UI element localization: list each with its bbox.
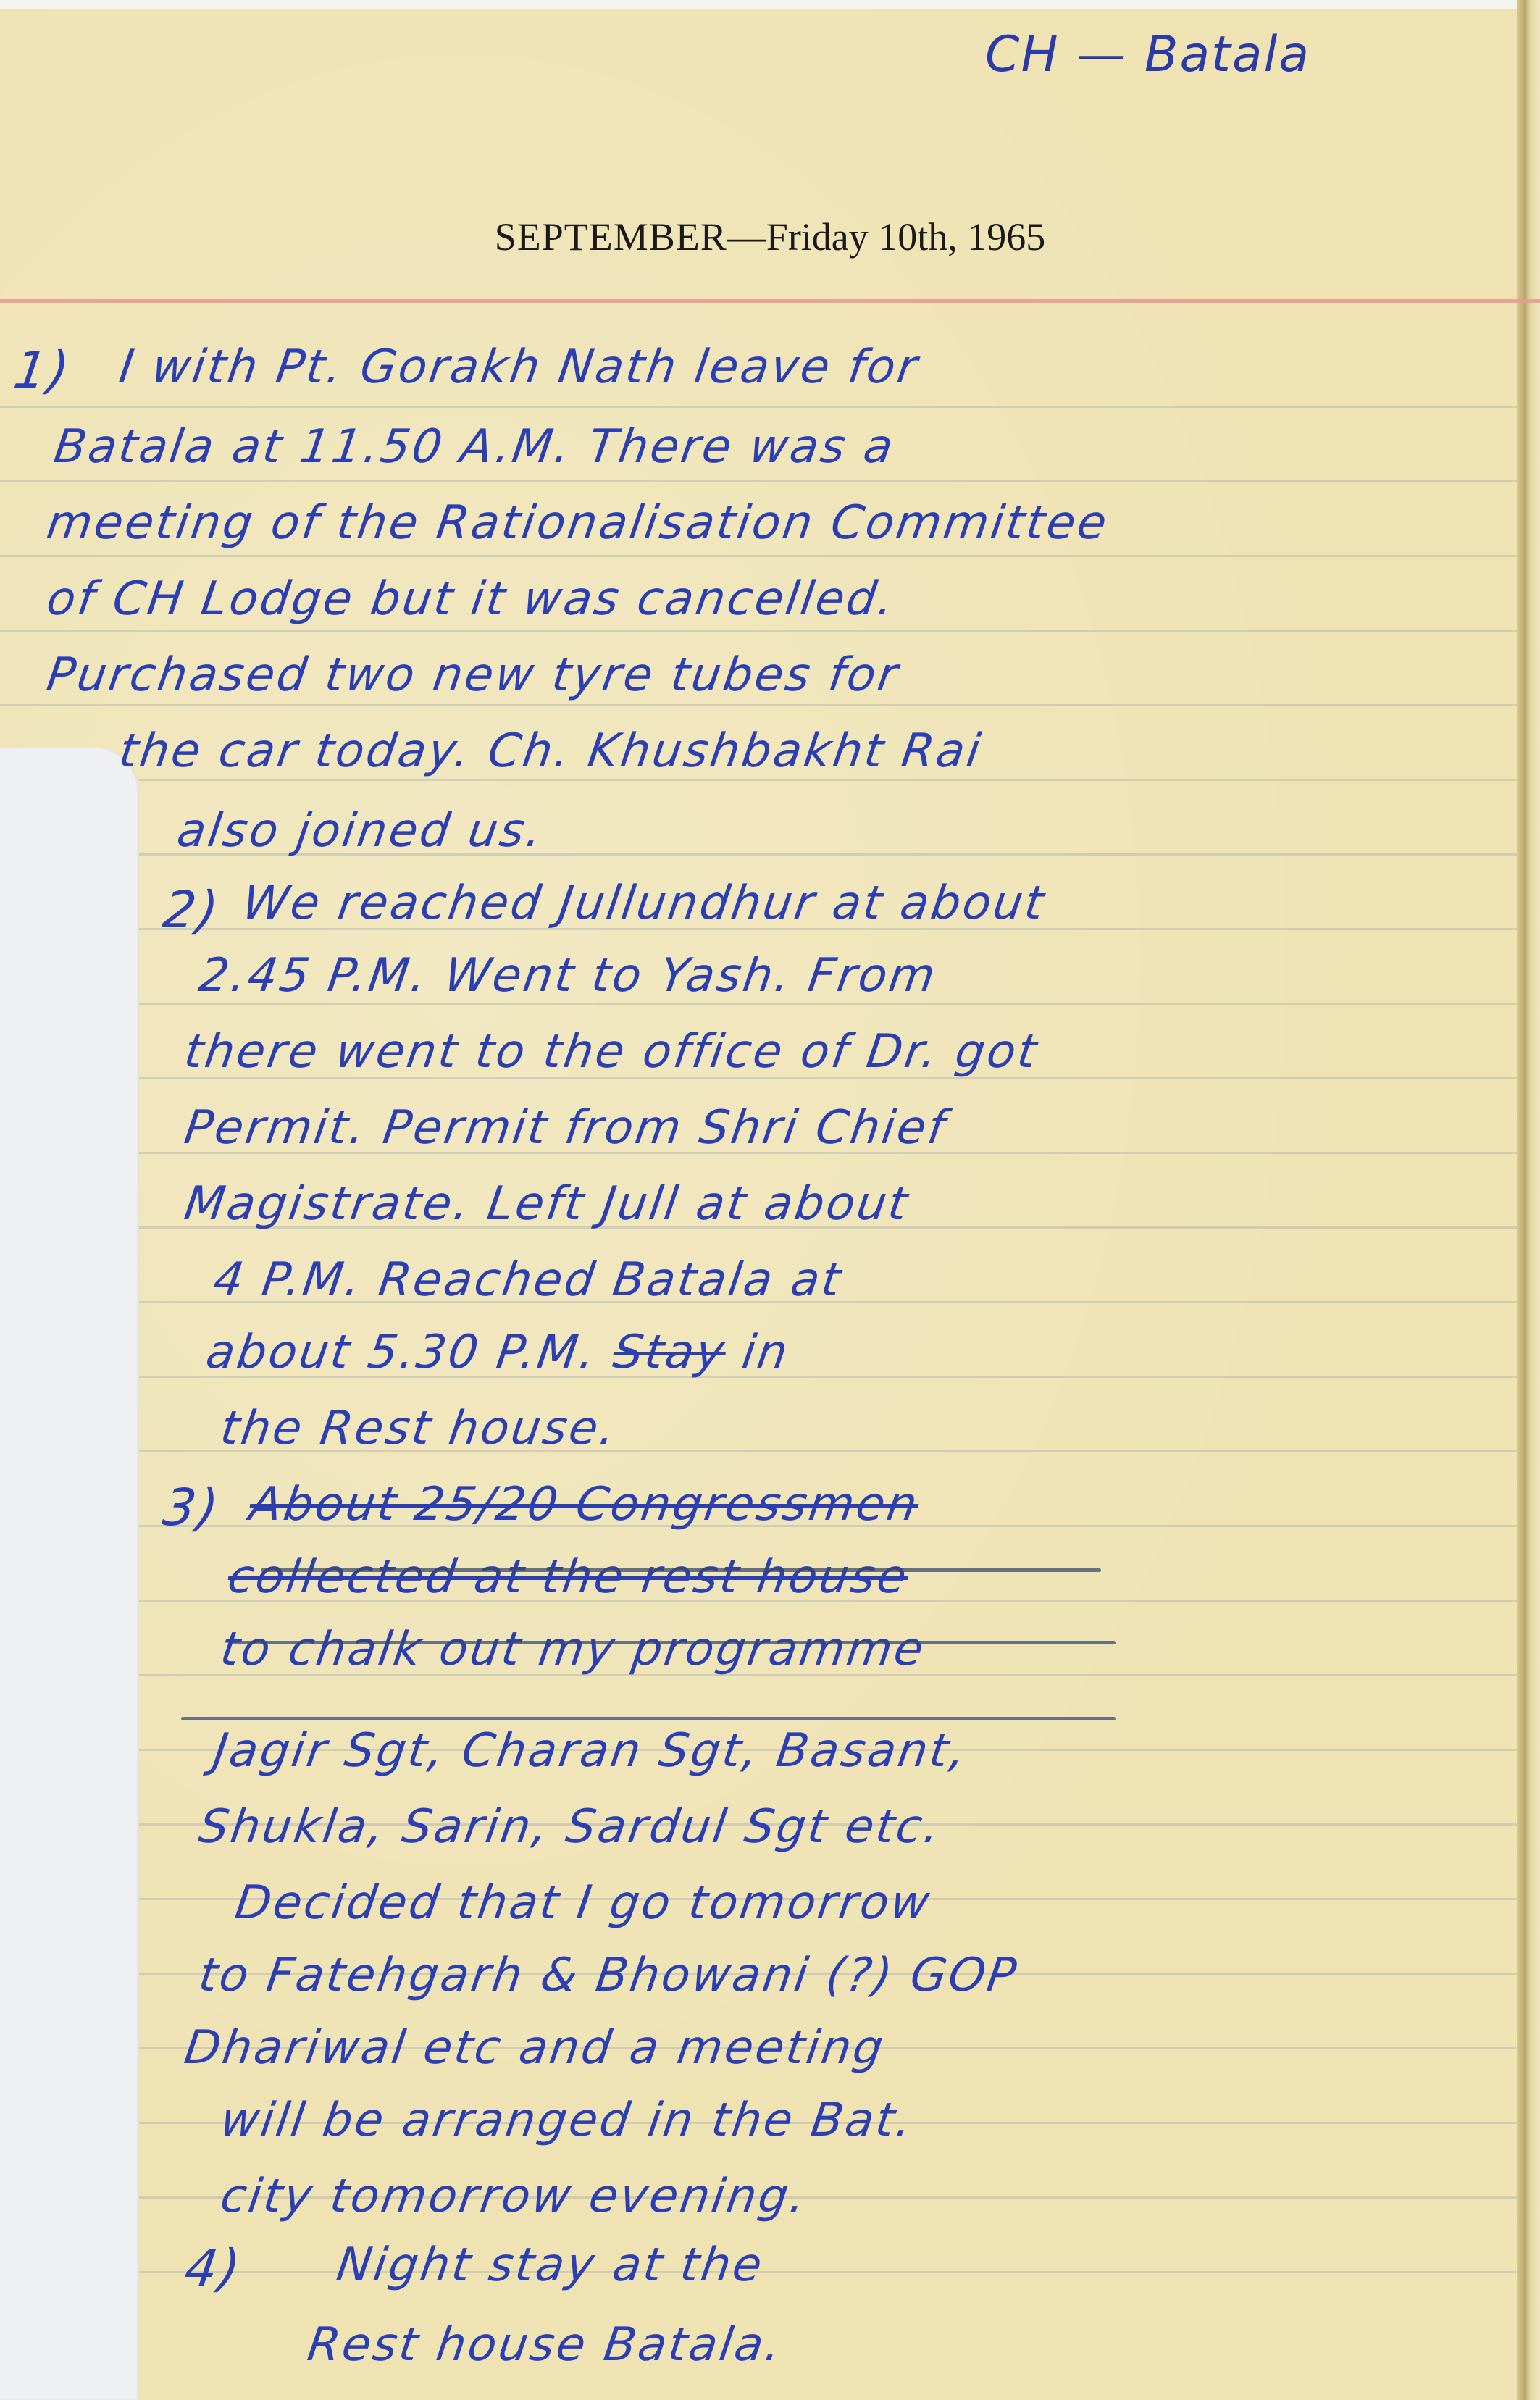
backing-sheet-cutout bbox=[0, 748, 139, 2400]
scan-top-edge bbox=[0, 0, 1540, 9]
entry-line: Permit. Permit from Shri Chief bbox=[181, 1101, 950, 1155]
pencil-strike-line bbox=[261, 1568, 1101, 1572]
entry-number: 4) bbox=[181, 2238, 246, 2298]
header-day-date: Friday 10th, 1965 bbox=[766, 215, 1046, 259]
page-binding-edge bbox=[1517, 0, 1540, 2400]
entry-line: will be arranged in the Bat. bbox=[217, 2094, 917, 2147]
entry-line: meeting of the Rationalisation Committee bbox=[43, 496, 1112, 550]
entry-line: the car today. Ch. Khushbakht Rai bbox=[116, 724, 986, 778]
entry-line: Purchased two new tyre tubes for bbox=[43, 648, 903, 702]
struck-word: Stay bbox=[610, 1326, 729, 1379]
entry-line: about 5.30 P.M. Stay in bbox=[203, 1326, 793, 1379]
ruled-line bbox=[139, 1003, 1517, 1005]
entry-line-struck: collected at the rest house bbox=[225, 1550, 912, 1604]
ruled-line bbox=[0, 704, 1517, 706]
printed-date-header: SEPTEMBER—Friday 10th, 1965 bbox=[0, 214, 1540, 259]
ruled-line bbox=[0, 555, 1517, 557]
entry-number: 1) bbox=[10, 340, 75, 400]
header-month: SEPTEMBER bbox=[495, 215, 727, 259]
entry-line: there went to the office of Dr. got bbox=[181, 1025, 1042, 1079]
ruled-line bbox=[0, 630, 1517, 632]
entry-line: 2.45 P.M. Went to Yash. From bbox=[196, 949, 940, 1003]
pencil-underline bbox=[181, 1717, 1116, 1720]
ruled-line bbox=[139, 779, 1517, 781]
entry-line: Batala at 11.50 A.M. There was a bbox=[51, 420, 898, 474]
entry-line: Dhariwal etc and a meeting bbox=[181, 2021, 889, 2075]
entry-line: Jagir Sgt, Charan Sgt, Basant, bbox=[210, 1724, 971, 1778]
corner-annotation: CH — Batala bbox=[985, 26, 1310, 83]
header-separator: — bbox=[727, 215, 766, 259]
entry-line: Night stay at the bbox=[333, 2238, 767, 2292]
pencil-strike-line bbox=[232, 1641, 1116, 1644]
entry-line: city tomorrow evening. bbox=[217, 2170, 811, 2223]
entry-number: 3) bbox=[159, 1478, 224, 1537]
entry-line: I with Pt. Gorakh Nath leave for bbox=[116, 340, 922, 394]
entry-line: Shukla, Sarin, Sardul Sgt etc. bbox=[196, 1800, 945, 1854]
entry-line: of CH Lodge but it was cancelled. bbox=[43, 572, 899, 626]
entry-line: Magistrate. Left Jull at about bbox=[181, 1177, 913, 1231]
red-margin-rule bbox=[0, 299, 1540, 303]
entry-line: also joined us. bbox=[174, 804, 547, 858]
entry-line: Rest house Batala. bbox=[304, 2318, 786, 2372]
entry-line: 4 P.M. Reached Batala at bbox=[210, 1253, 846, 1307]
ruled-line bbox=[0, 480, 1517, 482]
entry-line: to chalk out my programme bbox=[217, 1623, 929, 1676]
entry-number: 2) bbox=[159, 880, 224, 940]
ruled-line bbox=[0, 406, 1517, 408]
entry-line-struck: About 25/20 Congressmen bbox=[246, 1478, 922, 1531]
entry-line: the Rest house. bbox=[217, 1402, 621, 1455]
entry-line: We reached Jullundhur at about bbox=[239, 877, 1049, 930]
entry-line: Decided that I go tomorrow bbox=[232, 1876, 935, 1930]
entry-line: to Fatehgarh & Bhowani (?) GOP bbox=[196, 1949, 1021, 2002]
